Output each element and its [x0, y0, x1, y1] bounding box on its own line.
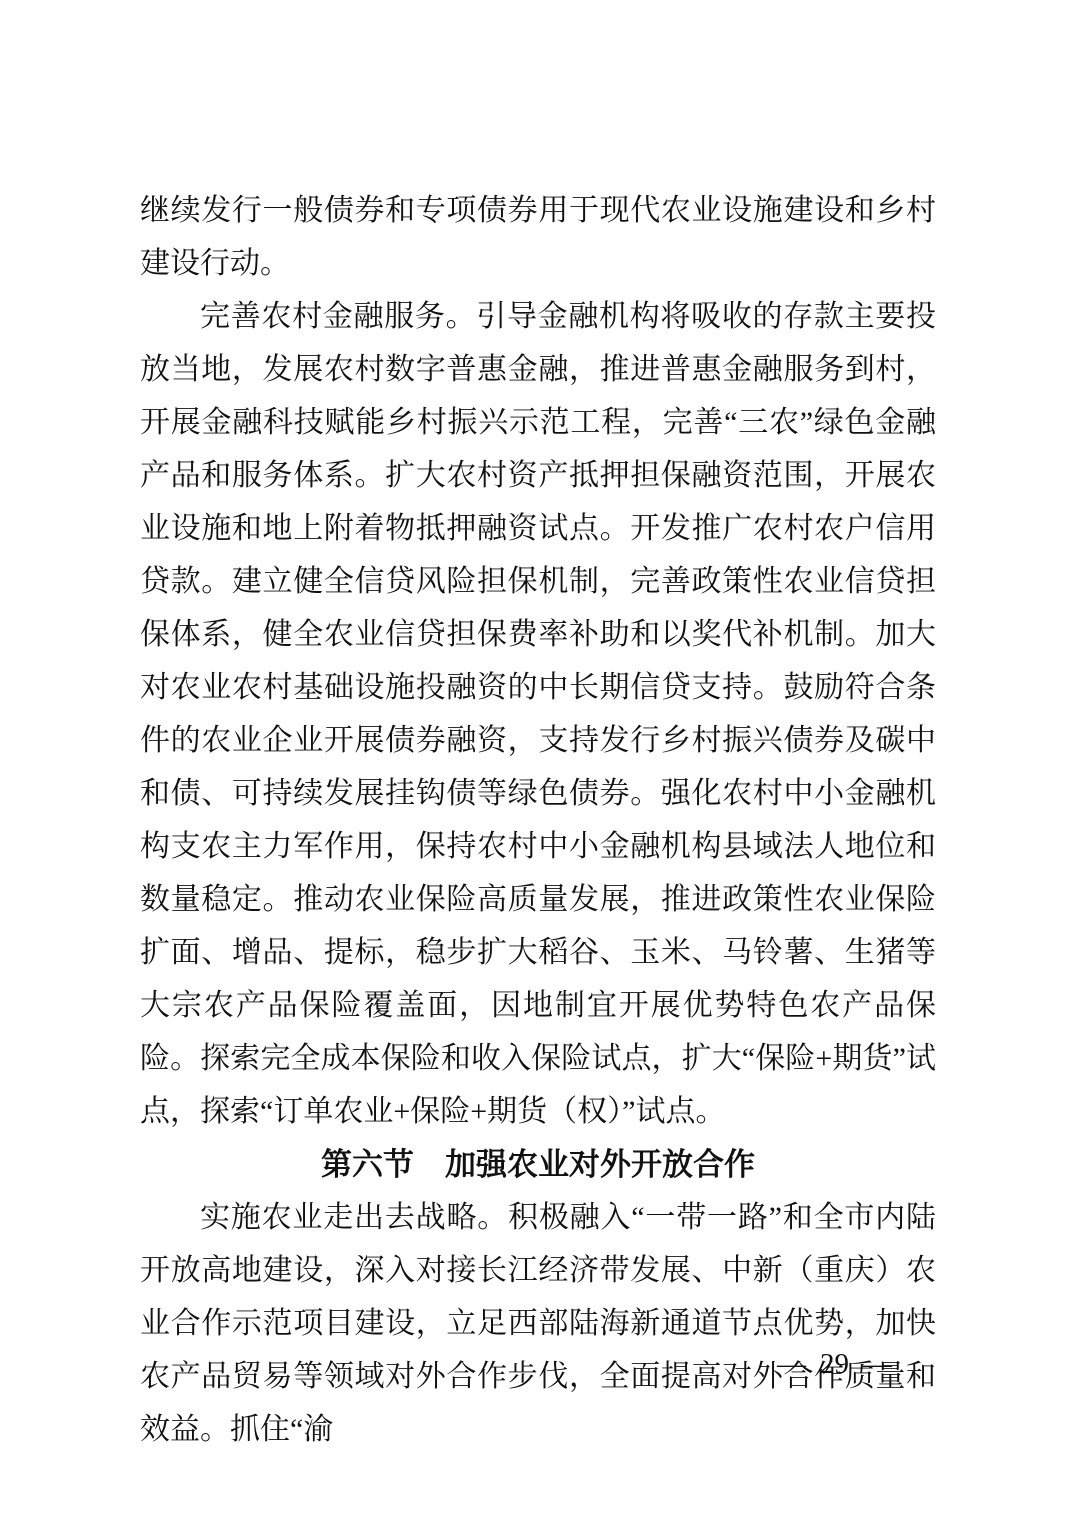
- section-heading: 第六节 加强农业对外开放合作: [140, 1138, 936, 1191]
- paragraph-continuation: 继续发行一般债券和专项债券用于现代农业设施建设和乡村建设行动。: [140, 184, 936, 290]
- page-number: 29: [820, 1348, 849, 1380]
- paragraph-opening-up: 实施农业走出去战略。积极融入“一带一路”和全市内陆开放高地建设，深入对接长江经济…: [140, 1191, 936, 1456]
- footer-right-dash: —: [849, 1348, 906, 1380]
- document-page: 继续发行一般债券和专项债券用于现代农业设施建设和乡村建设行动。 完善农村金融服务…: [0, 0, 1074, 1520]
- paragraph-rural-finance: 完善农村金融服务。引导金融机构将吸收的存款主要投放当地，发展农村数字普惠金融，推…: [140, 290, 936, 1138]
- document-text-block: 继续发行一般债券和专项债券用于现代农业设施建设和乡村建设行动。 完善农村金融服务…: [140, 184, 936, 1456]
- footer-left-dash: —: [763, 1348, 820, 1380]
- page-footer: —29—: [763, 1344, 906, 1384]
